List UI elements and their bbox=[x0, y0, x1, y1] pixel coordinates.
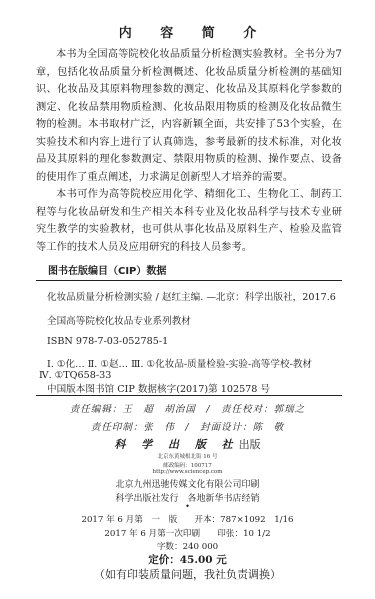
cip-title-line: 化妆品质量分析检测实验 / 赵红主编. —北京：科学出版社，2017.6 bbox=[47, 289, 336, 303]
cip-classification-cont: Ⅳ. ①TQ658-33 bbox=[39, 370, 111, 381]
editors-credit: 责任编辑：王 超 胡治国 / 责任校对：郭瑞之 bbox=[0, 401, 375, 415]
publisher-website: http://www.sciencep.com bbox=[0, 469, 375, 475]
publisher-postcode: 邮政编码：100717 bbox=[0, 461, 375, 469]
printing-credit: 责任印制：张 伟 / 封面设计：陈 敬 bbox=[0, 419, 375, 433]
cip-heading: 图书在版编目（CIP）数据 bbox=[48, 262, 166, 277]
cip-top-divider bbox=[36, 280, 342, 281]
summary-paragraph: 本书为全国高等院校化妆品质量分析检测实验教材。全书分为7章，包括化妆品质量分析检… bbox=[36, 46, 342, 186]
copyright-page: 内 容 简 介 本书为全国高等院校化妆品质量分析检测实验教材。全书分为7章，包括… bbox=[0, 0, 375, 599]
summary-body: 本书为全国高等院校化妆品质量分析检测实验教材。全书分为7章，包括化妆品质量分析检… bbox=[36, 46, 342, 256]
publisher-suffix: 出版 bbox=[239, 438, 261, 451]
cip-classification: Ⅰ. ①化… Ⅱ. ①赵… Ⅲ. ①化妆品-质量检验-实验-高等学校-教材 bbox=[47, 356, 312, 370]
publisher-line: 科 学 出 版 社出版 bbox=[0, 436, 375, 452]
publisher-address: 北京东黄城根北街 16 号 bbox=[0, 452, 375, 460]
separator-dot: • bbox=[0, 502, 375, 511]
word-count: 字数：240 000 bbox=[0, 540, 375, 552]
cip-series: 全国高等院校化妆品专业系列教材 bbox=[47, 313, 191, 327]
printer-line: 北京九州迅驰传媒文化有限公司印刷 bbox=[0, 477, 375, 490]
edition-line: 2017 年 6 月第 一 版 开本：787×1092 1/16 bbox=[0, 513, 375, 525]
price: 定价：45.00 元 bbox=[0, 552, 375, 567]
cip-isbn: ISBN 978-7-03-052785-1 bbox=[47, 336, 168, 347]
quality-notice: （如有印装质量问题，我社负责调换） bbox=[0, 566, 375, 582]
summary-title: 内 容 简 介 bbox=[0, 22, 375, 41]
publisher-name: 科 学 出 版 社 bbox=[114, 438, 238, 451]
cip-number: 中国版本图书馆 CIP 数据核字(2017)第 102578 号 bbox=[47, 381, 270, 395]
summary-paragraph: 本书可作为高等院校应用化学、精细化工、生物化工、制药工程等与化妆品研发和生产相关… bbox=[36, 186, 342, 256]
cip-bottom-divider bbox=[36, 395, 342, 396]
printing-line: 2017 年 6 月第一次印刷 印张：10 1/2 bbox=[0, 527, 375, 539]
